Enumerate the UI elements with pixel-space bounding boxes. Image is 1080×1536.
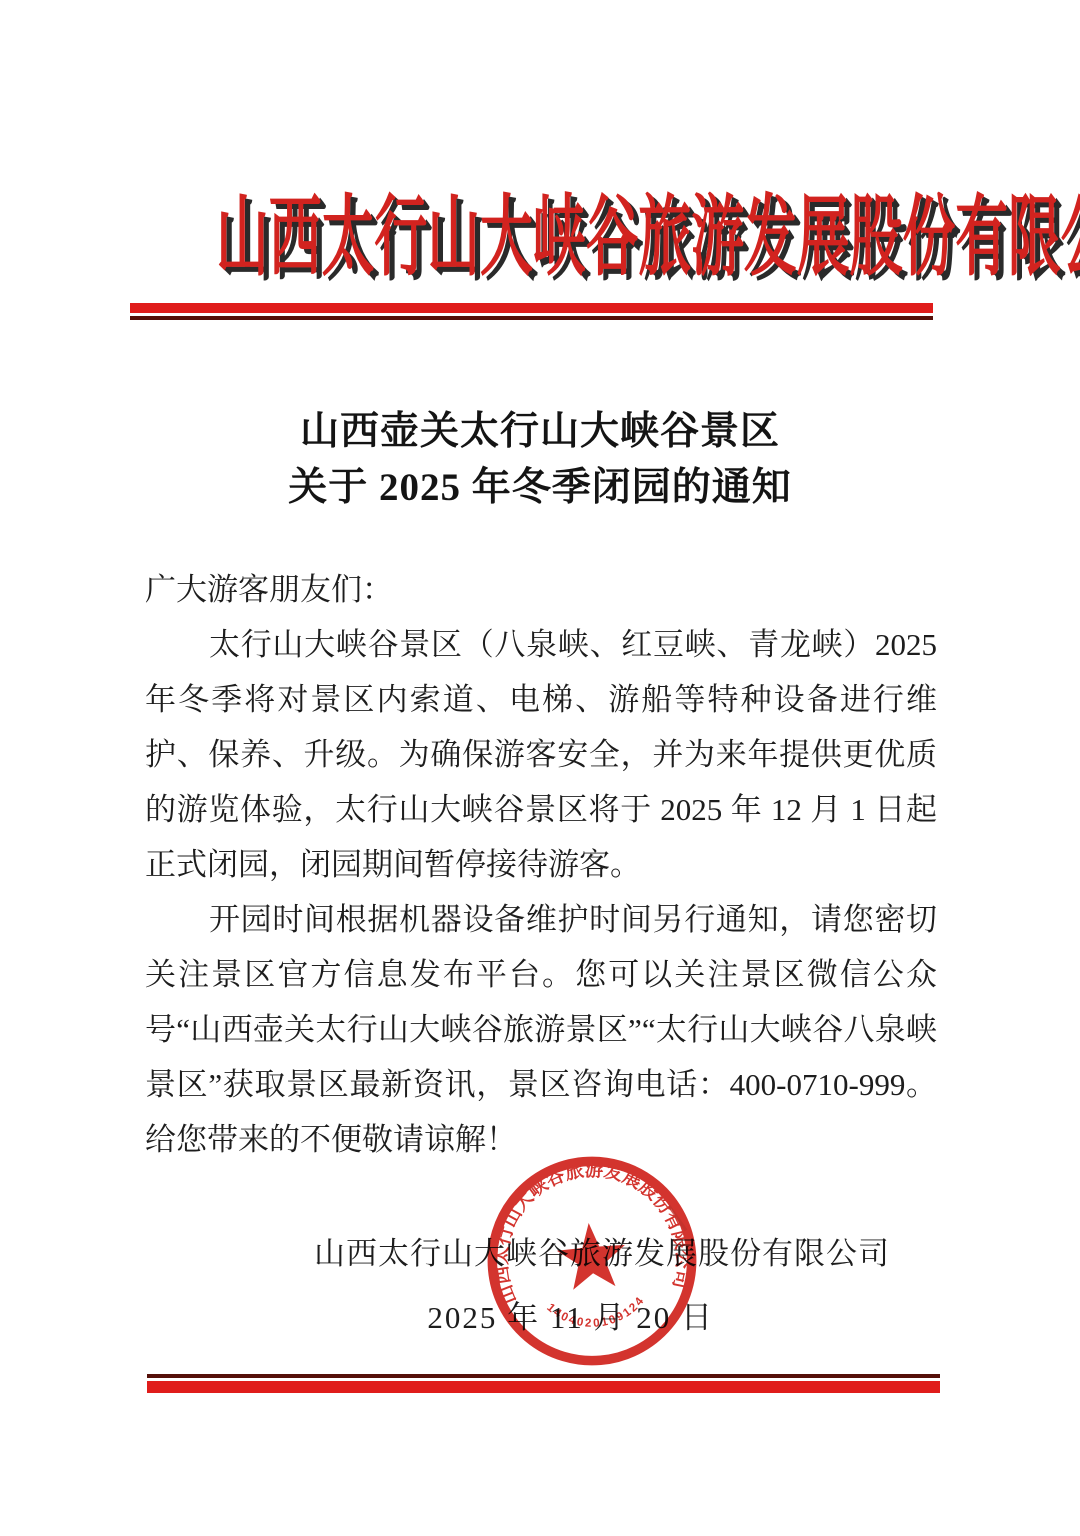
signature-company: 山西太行山大峡谷旅游发展股份有限公司 [0, 1228, 890, 1273]
letterhead-rule-thick [130, 303, 933, 313]
footer-rule-thick [147, 1381, 940, 1393]
salutation: 广大游客朋友们： [145, 562, 937, 617]
letterhead-company-name: 山西太行山大峡谷旅游发展股份有限公司 [216, 190, 864, 288]
seal-star-icon [555, 1220, 629, 1291]
seal-serial-number: 1404020109124 [544, 1293, 650, 1334]
notice-title: 山西壶关太行山大峡谷景区 关于 2025 年冬季闭园的通知 [0, 404, 1080, 516]
notice-document-page: 山西太行山大峡谷旅游发展股份有限公司 山西壶关太行山大峡谷景区 关于 2025 … [0, 0, 1080, 1536]
letterhead-rule-thin [130, 316, 933, 320]
notice-title-line2: 关于 2025 年冬季闭园的通知 [0, 460, 1080, 516]
body-paragraph-1: 太行山大峡谷景区（八泉峡、红豆峡、青龙峡）2025 年冬季将对景区内索道、电梯、… [145, 617, 937, 892]
notice-body: 广大游客朋友们： 太行山大峡谷景区（八泉峡、红豆峡、青龙峡）2025 年冬季将对… [145, 562, 937, 1167]
official-seal: 山西太行山大峡谷旅游发展股份有限公司 1404020109124 [477, 1146, 707, 1376]
footer-rule-thin [147, 1374, 940, 1378]
body-paragraph-2: 开园时间根据机器设备维护时间另行通知，请您密切关注景区官方信息发布平台。您可以关… [145, 892, 937, 1167]
svg-text:1404020109124: 1404020109124 [544, 1293, 650, 1334]
notice-title-line1: 山西壶关太行山大峡谷景区 [0, 404, 1080, 460]
